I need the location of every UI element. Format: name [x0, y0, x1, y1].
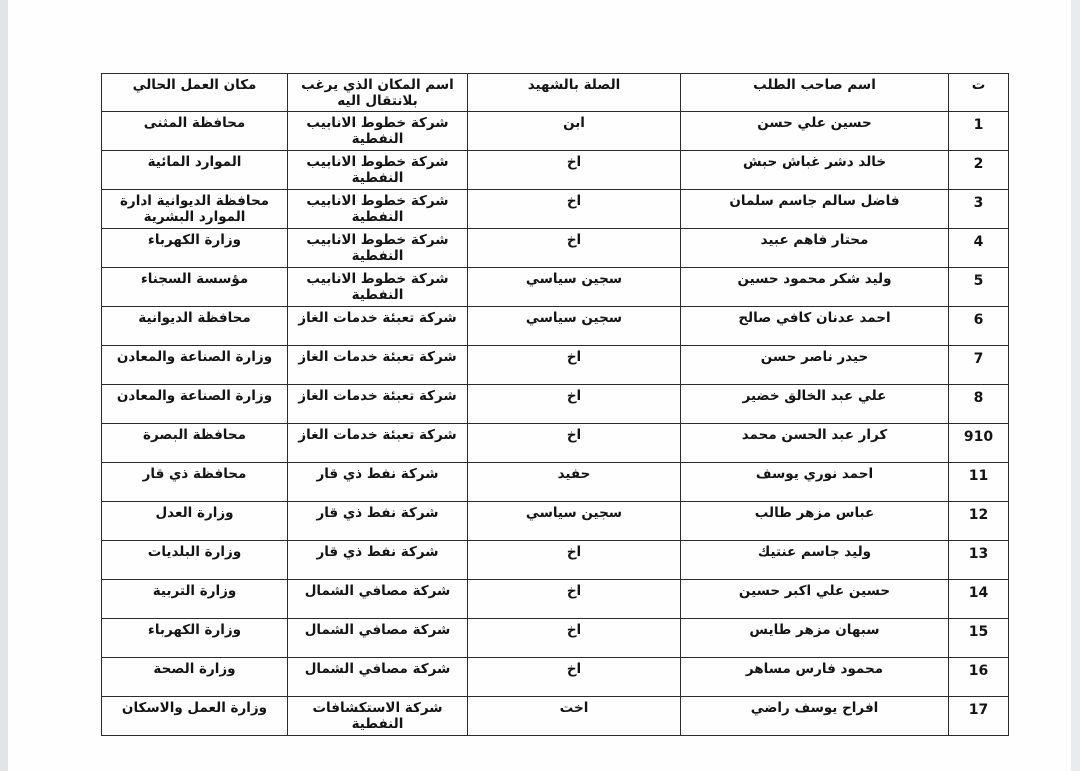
transfer-requests-table: ت اسم صاحب الطلب الصلة بالشهيد اسم المكا…	[101, 73, 1009, 736]
cell-destination: شركة نفط ذي قار	[288, 541, 468, 580]
cell-no: 12	[949, 502, 1009, 541]
table-row: 14حسين علي اكبر حسيناخشركة مصافي الشمالو…	[102, 580, 1009, 619]
page: { "page": { "background_color": "#fefefe…	[0, 0, 1080, 771]
cell-workplace: محافظة البصرة	[102, 424, 288, 463]
cell-workplace: محافظة المثنى	[102, 112, 288, 151]
cell-relation: اخ	[468, 229, 681, 268]
table-body: 1حسين علي حسنابنشركة خطوط الانابيب النفط…	[102, 112, 1009, 736]
photo-edge-left	[0, 0, 8, 771]
cell-destination: شركة تعبئة خدمات الغاز	[288, 307, 468, 346]
cell-workplace: وزارة الصناعة والمعادن	[102, 385, 288, 424]
table-row: 1حسين علي حسنابنشركة خطوط الانابيب النفط…	[102, 112, 1009, 151]
table-row: 16محمود فارس مساهراخشركة مصافي الشمالوزا…	[102, 658, 1009, 697]
cell-applicant: فاضل سالم جاسم سلمان	[681, 190, 949, 229]
header-destination: اسم المكان الذي يرغب بلانتقال اليه	[288, 74, 468, 112]
cell-workplace: وزارة التربية	[102, 580, 288, 619]
cell-no: 2	[949, 151, 1009, 190]
cell-workplace: وزارة الكهرباء	[102, 229, 288, 268]
cell-relation: اخ	[468, 346, 681, 385]
cell-workplace: وزارة العدل	[102, 502, 288, 541]
cell-relation: اخ	[468, 190, 681, 229]
cell-workplace: وزارة الصناعة والمعادن	[102, 346, 288, 385]
cell-relation: سجين سياسي	[468, 502, 681, 541]
cell-destination: شركة مصافي الشمال	[288, 580, 468, 619]
cell-destination: شركة نفط ذي قار	[288, 502, 468, 541]
cell-destination: شركة خطوط الانابيب النفطية	[288, 151, 468, 190]
cell-applicant: سبهان مزهر طايس	[681, 619, 949, 658]
cell-relation: اخت	[468, 697, 681, 736]
cell-destination: شركة نفط ذي قار	[288, 463, 468, 502]
cell-no: 8	[949, 385, 1009, 424]
cell-no: 1	[949, 112, 1009, 151]
cell-applicant: محمود فارس مساهر	[681, 658, 949, 697]
cell-relation: اخ	[468, 541, 681, 580]
cell-applicant: حيدر ناصر حسن	[681, 346, 949, 385]
cell-no: 13	[949, 541, 1009, 580]
header-applicant: اسم صاحب الطلب	[681, 74, 949, 112]
table-row: 8علي عبد الخالق خضيراخشركة تعبئة خدمات ا…	[102, 385, 1009, 424]
cell-applicant: احمد عدنان كافي صالح	[681, 307, 949, 346]
cell-applicant: محتار فاهم عبيد	[681, 229, 949, 268]
cell-relation: سجين سياسي	[468, 268, 681, 307]
cell-no: 6	[949, 307, 1009, 346]
table-row: 12عباس مزهر طالبسجين سياسيشركة نفط ذي قا…	[102, 502, 1009, 541]
cell-relation: سجين سياسي	[468, 307, 681, 346]
cell-relation: اخ	[468, 619, 681, 658]
cell-applicant: وليد شكر محمود حسين	[681, 268, 949, 307]
cell-destination: شركة خطوط الانابيب النفطية	[288, 268, 468, 307]
table-row: 4محتار فاهم عبيداخشركة خطوط الانابيب الن…	[102, 229, 1009, 268]
cell-applicant: حسين علي اكبر حسين	[681, 580, 949, 619]
cell-applicant: علي عبد الخالق خضير	[681, 385, 949, 424]
header-relation: الصلة بالشهيد	[468, 74, 681, 112]
cell-destination: شركة مصافي الشمال	[288, 619, 468, 658]
table-row: 17افراح يوسف راضياختشركة الاستكشافات الن…	[102, 697, 1009, 736]
cell-relation: اخ	[468, 424, 681, 463]
cell-workplace: محافظة ذي قار	[102, 463, 288, 502]
cell-destination: شركة مصافي الشمال	[288, 658, 468, 697]
cell-relation: اخ	[468, 151, 681, 190]
cell-no: 14	[949, 580, 1009, 619]
table-row: 7حيدر ناصر حسناخشركة تعبئة خدمات الغازوز…	[102, 346, 1009, 385]
table-row: 6احمد عدنان كافي صالحسجين سياسيشركة تعبئ…	[102, 307, 1009, 346]
cell-relation: اخ	[468, 580, 681, 619]
cell-no: 3	[949, 190, 1009, 229]
table-row: 15سبهان مزهر طايساخشركة مصافي الشمالوزار…	[102, 619, 1009, 658]
cell-applicant: خالد دشر غباش حبش	[681, 151, 949, 190]
cell-workplace: محافظة الديوانية ادارة الموارد البشرية	[102, 190, 288, 229]
header-workplace: مكان العمل الحالي	[102, 74, 288, 112]
cell-workplace: وزارة البلديات	[102, 541, 288, 580]
cell-destination: شركة الاستكشافات النفطية	[288, 697, 468, 736]
cell-workplace: وزارة العمل والاسكان	[102, 697, 288, 736]
cell-destination: شركة تعبئة خدمات الغاز	[288, 346, 468, 385]
cell-relation: ابن	[468, 112, 681, 151]
cell-destination: شركة تعبئة خدمات الغاز	[288, 385, 468, 424]
table-header-row: ت اسم صاحب الطلب الصلة بالشهيد اسم المكا…	[102, 74, 1009, 112]
cell-workplace: محافظة الديوانية	[102, 307, 288, 346]
cell-applicant: عباس مزهر طالب	[681, 502, 949, 541]
cell-no: 5	[949, 268, 1009, 307]
cell-no: 15	[949, 619, 1009, 658]
cell-relation: اخ	[468, 385, 681, 424]
cell-destination: شركة تعبئة خدمات الغاز	[288, 424, 468, 463]
photo-edge-right	[1071, 0, 1080, 771]
cell-applicant: احمد نوري يوسف	[681, 463, 949, 502]
cell-applicant: وليد جاسم عنتيك	[681, 541, 949, 580]
cell-relation: اخ	[468, 658, 681, 697]
table-row: 13وليد جاسم عنتيكاخشركة نفط ذي قاروزارة …	[102, 541, 1009, 580]
cell-no: 11	[949, 463, 1009, 502]
cell-no: 17	[949, 697, 1009, 736]
cell-applicant: افراح يوسف راضي	[681, 697, 949, 736]
cell-workplace: الموارد المائية	[102, 151, 288, 190]
table-row: 910كرار عبد الحسن محمداخشركة تعبئة خدمات…	[102, 424, 1009, 463]
cell-no: 16	[949, 658, 1009, 697]
cell-workplace: وزارة الكهرباء	[102, 619, 288, 658]
cell-applicant: كرار عبد الحسن محمد	[681, 424, 949, 463]
cell-destination: شركة خطوط الانابيب النفطية	[288, 229, 468, 268]
table-row: 2خالد دشر غباش حبشاخشركة خطوط الانابيب ا…	[102, 151, 1009, 190]
cell-workplace: وزارة الصحة	[102, 658, 288, 697]
cell-destination: شركة خطوط الانابيب النفطية	[288, 190, 468, 229]
table-row: 3فاضل سالم جاسم سلماناخشركة خطوط الانابي…	[102, 190, 1009, 229]
table-row: 5وليد شكر محمود حسينسجين سياسيشركة خطوط …	[102, 268, 1009, 307]
table-row: 11احمد نوري يوسفحفيدشركة نفط ذي قارمحافظ…	[102, 463, 1009, 502]
header-index: ت	[949, 74, 1009, 112]
cell-relation: حفيد	[468, 463, 681, 502]
cell-no: 7	[949, 346, 1009, 385]
cell-workplace: مؤسسة السجناء	[102, 268, 288, 307]
cell-no: 4	[949, 229, 1009, 268]
cell-no: 910	[949, 424, 1009, 463]
cell-destination: شركة خطوط الانابيب النفطية	[288, 112, 468, 151]
cell-applicant: حسين علي حسن	[681, 112, 949, 151]
